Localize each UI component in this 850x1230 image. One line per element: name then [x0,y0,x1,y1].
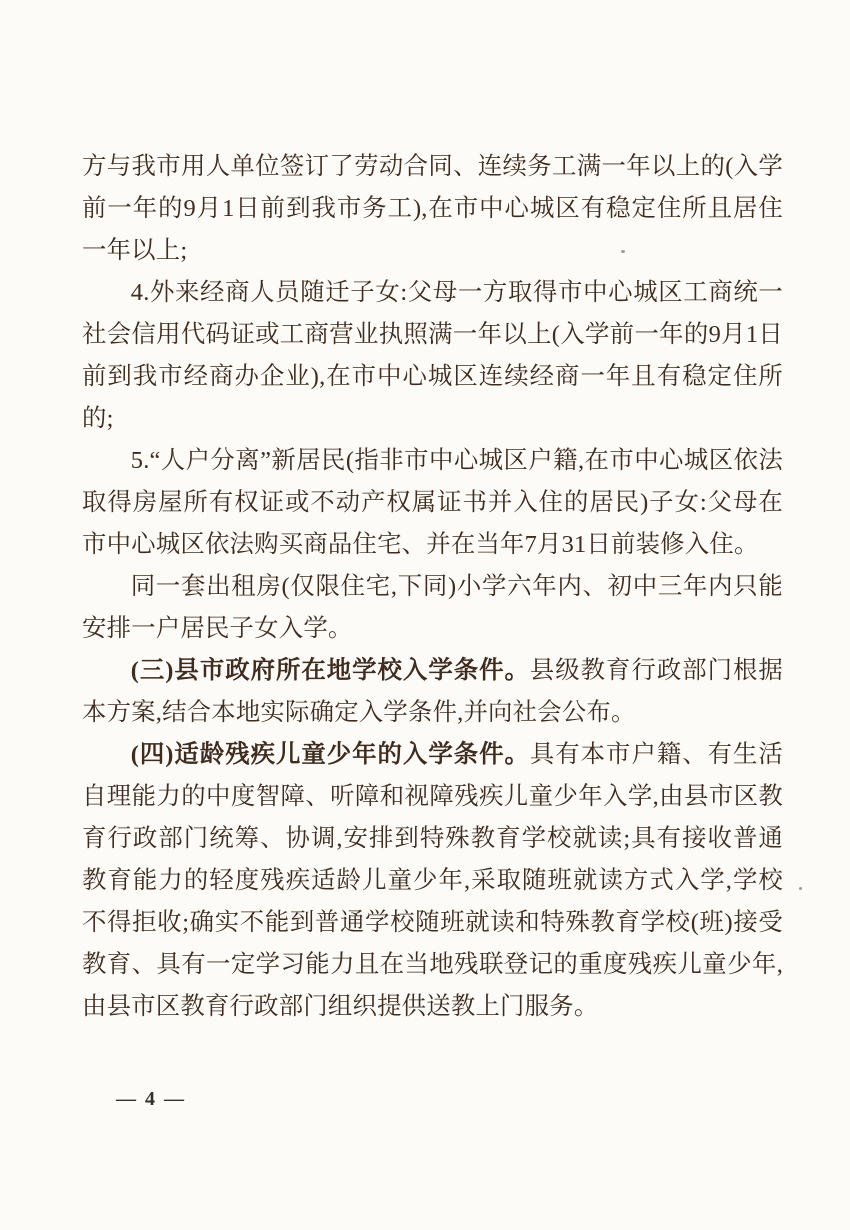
paragraph-continuation: 方与我市用人单位签订了劳动合同、连续务工满一年以上的(入学前一年的9月1日前到我… [82,146,783,272]
paragraph-item-4: 4.外来经商人员随迁子女:父母一方取得市中心城区工商统一社会信用代码证或工商营业… [82,272,783,440]
paragraph-item-5: 5.“人户分离”新居民(指非市中心城区户籍,在市中心城区依法取得房屋所有权证或不… [82,440,783,566]
scan-speck [460,668,463,671]
scanned-document-page: { "page": { "width": 850, "height": 1230… [0,0,850,1230]
scan-speck [799,887,802,890]
paragraph-rental-rule: 同一套出租房(仅限住宅,下同)小学六年内、初中三年内只能安排一户居民子女入学。 [82,566,783,650]
section-3-heading: (三)县市政府所在地学校入学条件。 [131,657,530,684]
document-page: 方与我市用人单位签订了劳动合同、连续务工满一年以上的(入学前一年的9月1日前到我… [0,0,850,1230]
page-footer: — 4 — [116,1088,186,1110]
section-4-body: 具有本市户籍、有生活自理能力的中度智障、听障和视障残疾儿童少年入学,由县市区教育… [82,741,783,1020]
paragraph-section-4: (四)适龄残疾儿童少年的入学条件。具有本市户籍、有生活自理能力的中度智障、听障和… [82,734,783,1028]
scan-speck [621,250,625,253]
page-number: — 4 — [116,1088,186,1110]
section-4-heading: (四)适龄残疾儿童少年的入学条件。 [131,741,530,768]
document-body: 方与我市用人单位签订了劳动合同、连续务工满一年以上的(入学前一年的9月1日前到我… [82,146,783,1028]
paragraph-section-3: (三)县市政府所在地学校入学条件。县级教育行政部门根据本方案,结合本地实际确定入… [82,650,783,734]
